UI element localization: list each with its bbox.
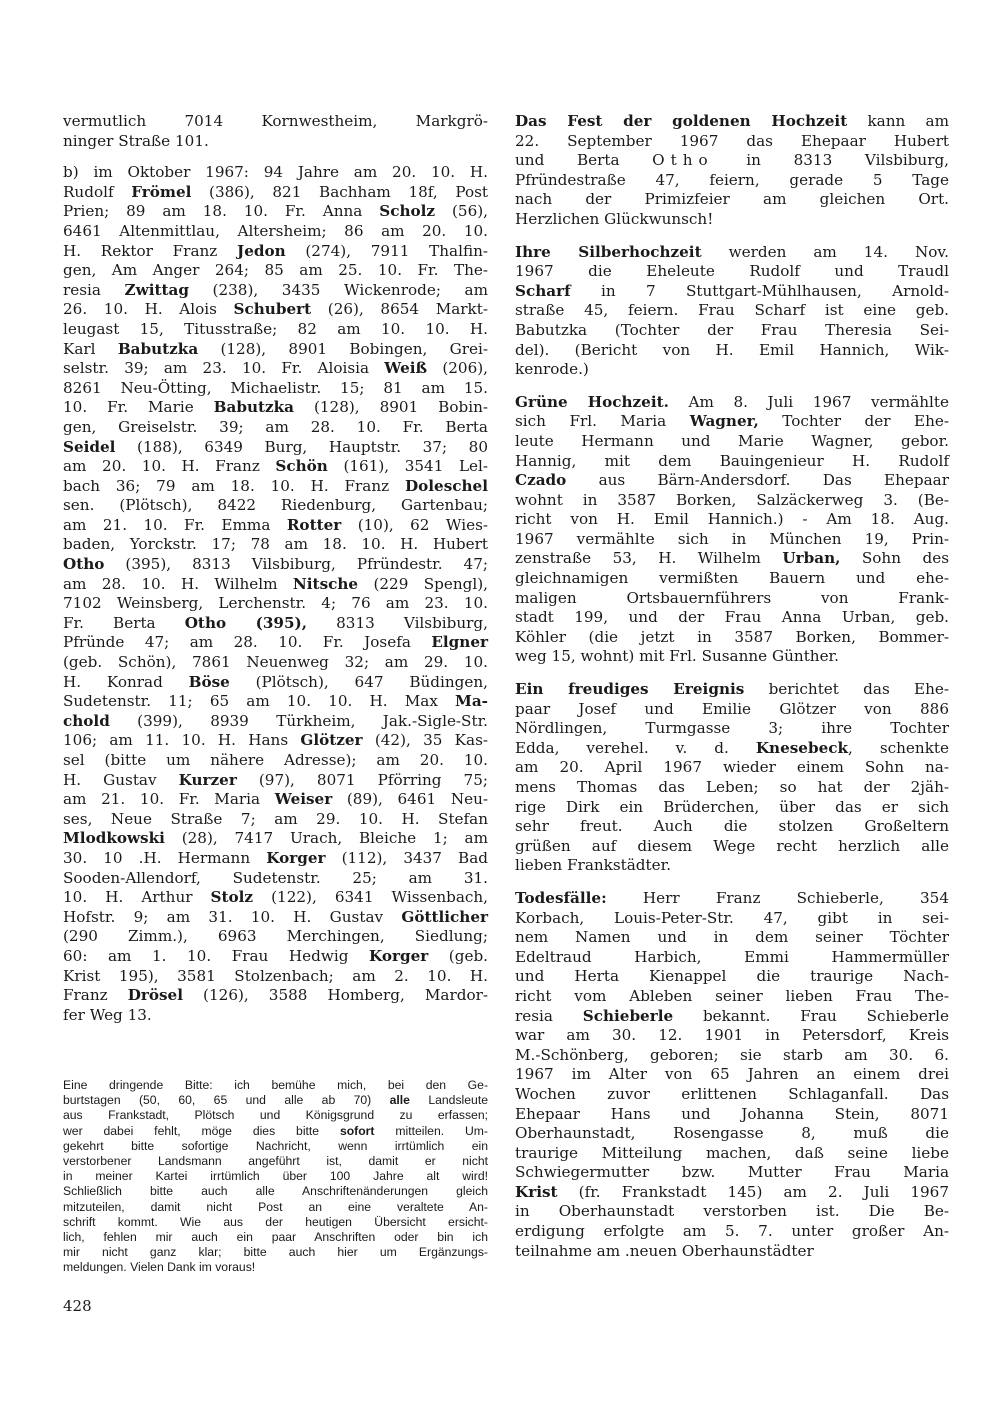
text-line: Nördlingen, Turmgasse 3; ihre Tochter <box>515 719 949 739</box>
text-line: 22. September 1967 das Ehepaar Hubert <box>515 132 949 152</box>
text-line: paar Josef und Emilie Glötzer von 886 <box>515 700 949 720</box>
text-line: Czado aus Bärn-Andersdorf. Das Ehepaar <box>515 471 949 491</box>
text-line: Herzlichen Glückwunsch! <box>515 210 949 230</box>
section-silberhochzeit: Ihre Silberhochzeit werden am 14. Nov.19… <box>515 243 949 380</box>
text-line: maligen Ortsbauernführers von Frank- <box>515 589 949 609</box>
text-line: H. Konrad Böse (Plötsch), 647 Büdingen, <box>63 673 488 693</box>
text-line: Sooden-Allendorf, Sudetenstr. 25; am 31. <box>63 869 488 889</box>
text-line: am 21. 10. Fr. Maria Weiser (89), 6461 N… <box>63 790 488 810</box>
text-line: Korbach, Louis-Peter-Str. 47, gibt in se… <box>515 909 949 929</box>
text-line: Otho (395), 8313 Vilsbiburg, Pfründestr.… <box>63 555 488 575</box>
bold-name: Doleschel <box>405 477 488 495</box>
text-line: Todesfälle: Herr Franz Schieberle, 354 <box>515 889 949 909</box>
bold-name: Schön <box>275 457 327 475</box>
text-line: 6461 Altenmittlau, Altersheim; 86 am 20.… <box>63 222 488 242</box>
text-line: mir nicht ganz klar; bitte auch hier um … <box>63 1245 488 1260</box>
text-line: Babutzka (Tochter der Frau Theresia Sei- <box>515 321 949 341</box>
text-line: 1967 vermählte sich in München 19, Prin- <box>515 530 949 550</box>
text-line: Wochen zuvor erlittenen Schlaganfall. Da… <box>515 1085 949 1105</box>
text-line: leugast 15, Titusstraße; 82 am 10. 10. H… <box>63 320 488 340</box>
bold-name: Kurzer <box>179 771 237 789</box>
text-line: sel (bitte um nähere Adresse); am 20. 10… <box>63 751 488 771</box>
bold-name: Scharf <box>515 282 571 300</box>
bold-name: Todesfälle: <box>515 889 607 907</box>
text-line: verstorbener Landsmann angeführt ist, da… <box>63 1154 488 1169</box>
bold-name: Ein freudiges Ereignis <box>515 680 744 698</box>
birthdays-paragraph: b) im Oktober 1967: 94 Jahre am 20. 10. … <box>63 163 488 1025</box>
text-line: Edda, verehel. v. d. Knesebeck, schenkte <box>515 739 949 759</box>
text-line: Hofstr. 9; am 31. 10. H. Gustav Göttlich… <box>63 908 488 928</box>
appeal-notice: Eine dringende Bitte: ich bemühe mich, b… <box>63 1078 488 1275</box>
text-line: H. Gustav Kurzer (97), 8071 Pförring 75; <box>63 771 488 791</box>
text-line: Edeltraud Harbich, Emmi Hammermüller <box>515 948 949 968</box>
text-line: del). (Bericht von H. Emil Hannich, Wik- <box>515 341 949 361</box>
bold-name: sofort <box>340 1124 375 1138</box>
text-line: gen, Greiselstr. 39; am 28. 10. Fr. Bert… <box>63 418 488 438</box>
text-line: Scharf in 7 Stuttgart-Mühlhausen, Arnold… <box>515 282 949 302</box>
text-line: selstr. 39; am 23. 10. Fr. Aloisia Weiß … <box>63 359 488 379</box>
text-line: 26. 10. H. Alois Schubert (26), 8654 Mar… <box>63 300 488 320</box>
text-line: stadt 199, und der Frau Anna Urban, geb. <box>515 608 949 628</box>
text-line: wer dabei fehlt, möge dies bitte sofort … <box>63 1124 488 1139</box>
left-column: vermutlich 7014 Kornwestheim, Markgrö- n… <box>63 112 488 1025</box>
text-line: kenrode.) <box>515 360 949 380</box>
text-line: Oberhaunstadt, Rosengasse 8, muß die <box>515 1124 949 1144</box>
text-line: leute Hermann und Marie Wagner, gebor. <box>515 432 949 452</box>
text-line: mitzuteilen, damit nicht Post an eine ve… <box>63 1200 488 1215</box>
text-line: vermutlich 7014 Kornwestheim, Markgrö- <box>63 112 488 132</box>
bold-name: Korger <box>266 849 325 867</box>
bold-name: Böse <box>189 673 230 691</box>
bold-name: Babutzka <box>214 398 294 416</box>
text-line: nem Namen und in dem seiner Töchter <box>515 928 949 948</box>
text-line: Mlodkowski (28), 7417 Urach, Bleiche 1; … <box>63 829 488 849</box>
text-line: Schließlich bitte auch alle Anschriftenä… <box>63 1184 488 1199</box>
text-line: nach der Primizfeier am gleichen Ort. <box>515 190 949 210</box>
text-line: Das Fest der goldenen Hochzeit kann am <box>515 112 949 132</box>
text-line: Karl Babutzka (128), 8901 Bobingen, Grei… <box>63 340 488 360</box>
bold-name: Krist <box>515 1183 558 1201</box>
text-line: erdigung erfolgte am 5. 7. unter großer … <box>515 1222 949 1242</box>
text-line: Sudetenstr. 11; 65 am 10. 10. H. Max Ma- <box>63 692 488 712</box>
bold-name: Otho <box>63 555 104 573</box>
text-line: lich, fehlen mir auch ein paar Anschrift… <box>63 1230 488 1245</box>
bold-name: Mlodkowski <box>63 829 165 847</box>
text-line: M.-Schönberg, geboren; sie starb am 30. … <box>515 1046 949 1066</box>
text-line: am 20. April 1967 wieder einem Sohn na- <box>515 758 949 778</box>
section-gruene-hochzeit: Grüne Hochzeit. Am 8. Juli 1967 vermählt… <box>515 393 949 667</box>
bold-name: Scholz <box>379 202 435 220</box>
text-line: lieben Frankstädter. <box>515 856 949 876</box>
text-line: bach 36; 79 am 18. 10. H. Franz Dolesche… <box>63 477 488 497</box>
text-line: H. Rektor Franz Jedon (274), 7911 Thalfi… <box>63 242 488 262</box>
text-line: chold (399), 8939 Türkheim, Jak.-Sigle-S… <box>63 712 488 732</box>
bold-name: Urban, <box>782 549 840 567</box>
text-line: 30. 10 .H. Hermann Korger (112), 3437 Ba… <box>63 849 488 869</box>
bold-name: Nitsche <box>293 575 358 593</box>
bold-name: Göttlicher <box>401 908 488 926</box>
text-line: Fr. Berta Otho (395), 8313 Vilsbiburg, <box>63 614 488 634</box>
text-line: war am 30. 12. 1901 in Petersdorf, Kreis <box>515 1026 949 1046</box>
text-line: in meiner Kartei irrtümlich über 100 Jah… <box>63 1169 488 1184</box>
bold-name: Rotter <box>287 516 341 534</box>
text-line: Ein freudiges Ereignis berichtet das Ehe… <box>515 680 949 700</box>
text-line: burtstagen (50, 60, 65 und alle ab 70) a… <box>63 1093 488 1108</box>
text-line: weg 15, wohnt) mit Frl. Susanne Günther. <box>515 647 949 667</box>
text-line: gleichnamigen vermißten Bauern und ehe- <box>515 569 949 589</box>
text-line: 106; am 11. 10. H. Hans Glötzer (42), 35… <box>63 731 488 751</box>
text-line: Rudolf Frömel (386), 821 Bachham 18f, Po… <box>63 183 488 203</box>
text-line: sich Frl. Maria Wagner, Tochter der Ehe- <box>515 412 949 432</box>
text-line: richt von H. Emil Hannich.) - Am 18. Aug… <box>515 510 949 530</box>
section-todesfaelle: Todesfälle: Herr Franz Schieberle, 354Ko… <box>515 889 949 1261</box>
text-line: 10. Fr. Marie Babutzka (128), 8901 Bobin… <box>63 398 488 418</box>
bold-name: chold <box>63 712 110 730</box>
bold-name: Korger <box>369 947 428 965</box>
bold-name: Jedon <box>237 242 286 260</box>
text-line: 1967 im Alter von 65 Jahren an einem dre… <box>515 1065 949 1085</box>
text-line: ses, Neue Straße 7; am 29. 10. H. Stefan <box>63 810 488 830</box>
text-line: resia Zwittag (238), 3435 Wickenrode; am <box>63 281 488 301</box>
text-line: Franz Drösel (126), 3588 Homberg, Mardor… <box>63 986 488 1006</box>
text-line: Eine dringende Bitte: ich bemühe mich, b… <box>63 1078 488 1093</box>
text-line: sen. (Plötsch), 8422 Riedenburg, Gartenb… <box>63 496 488 516</box>
text-line: Hannig, mit dem Bauingenieur H. Rudolf <box>515 452 949 472</box>
text-line: rige Dirk ein Brüderchen, über das er si… <box>515 798 949 818</box>
bold-name: Schieberle <box>583 1007 673 1025</box>
text-line: gen, Am Anger 264; 85 am 25. 10. Fr. The… <box>63 261 488 281</box>
bold-name: Babutzka <box>118 340 198 358</box>
bold-name: alle <box>390 1093 410 1107</box>
text-line: Krist (fr. Frankstadt 145) am 2. Juli 19… <box>515 1183 949 1203</box>
text-line: aus Frankstadt, Plötsch und Königsgrund … <box>63 1108 488 1123</box>
text-line: teilnahme am .neuen Oberhaunstädter <box>515 1242 949 1262</box>
bold-name: Czado <box>515 471 566 489</box>
text-line: mens Thomas das Leben; so hat der 2jäh- <box>515 778 949 798</box>
bold-name: Das Fest der goldenen Hochzeit <box>515 112 847 130</box>
text-line: resia Schieberle bekannt. Frau Schieberl… <box>515 1007 949 1027</box>
text-line: 1967 die Eheleute Rudolf und Traudl <box>515 262 949 282</box>
text-line: zenstraße 53, H. Wilhelm Urban, Sohn des <box>515 549 949 569</box>
text-line: meldungen. Vielen Dank im voraus! <box>63 1260 488 1275</box>
text-line: richt vom Ableben seiner lieben Frau The… <box>515 987 949 1007</box>
bold-name: Zwittag <box>125 281 189 299</box>
section-freudiges-ereignis: Ein freudiges Ereignis berichtet das Ehe… <box>515 680 949 876</box>
bold-name: Knesebeck <box>756 739 848 757</box>
bold-name: Weiß <box>384 359 427 377</box>
text-line: 7102 Weinsberg, Lerchenstr. 4; 76 am 23.… <box>63 594 488 614</box>
text-line: Schwiegermutter bzw. Mutter Frau Maria <box>515 1163 949 1183</box>
text-line: (290 Zimm.), 6963 Merchingen, Siedlung; <box>63 927 488 947</box>
spaced-name: Otho <box>652 151 713 169</box>
bold-name: Schubert <box>234 300 312 318</box>
text-line: in Oberhaunstadt verstorben ist. Die Be- <box>515 1202 949 1222</box>
text-line: Prien; 89 am 18. 10. Fr. Anna Scholz (56… <box>63 202 488 222</box>
bold-name: Wagner, <box>690 412 759 430</box>
text-line: Köhler (die jetzt in 3587 Borken, Bommer… <box>515 628 949 648</box>
text-line: 60: am 1. 10. Frau Hedwig Korger (geb. <box>63 947 488 967</box>
text-line: baden, Yorckstr. 17; 78 am 18. 10. H. Hu… <box>63 535 488 555</box>
text-line: straße 45, feiern. Frau Scharf ist eine … <box>515 301 949 321</box>
bold-name: Stolz <box>211 888 254 906</box>
bold-name: Otho (395), <box>185 614 307 632</box>
text-line: am 20. 10. H. Franz Schön (161), 3541 Le… <box>63 457 488 477</box>
bold-name: Seidel <box>63 438 115 456</box>
text-line: und Berta Otho in 8313 Vilsbiburg, <box>515 151 949 171</box>
text-line: fer Weg 13. <box>63 1006 488 1026</box>
text-line: sehr freut. Auch die stolzen Großeltern <box>515 817 949 837</box>
page-number: 428 <box>63 1297 92 1315</box>
bold-name: Ma- <box>455 692 488 710</box>
text-line: b) im Oktober 1967: 94 Jahre am 20. 10. … <box>63 163 488 183</box>
bold-name: Frömel <box>131 183 191 201</box>
text-line: 10. H. Arthur Stolz (122), 6341 Wissenba… <box>63 888 488 908</box>
text-line: grüßen auf diesem Wege recht herzlich al… <box>515 837 949 857</box>
bold-name: Drösel <box>128 986 183 1004</box>
text-line: am 28. 10. H. Wilhelm Nitsche (229 Speng… <box>63 575 488 595</box>
text-line: wohnt in 3587 Borken, Salzäckerweg 3. (B… <box>515 491 949 511</box>
text-line: traurige Mitteilung machen, daß seine li… <box>515 1144 949 1164</box>
bold-name: Elgner <box>431 633 488 651</box>
right-column: Das Fest der goldenen Hochzeit kann am22… <box>515 112 949 1261</box>
text-line: Seidel (188), 6349 Burg, Hauptstr. 37; 8… <box>63 438 488 458</box>
text-line: Pfründe 47; am 28. 10. Fr. Josefa Elgner <box>63 633 488 653</box>
intro-paragraph: vermutlich 7014 Kornwestheim, Markgrö- n… <box>63 112 488 151</box>
text-line: 8261 Neu-Ötting, Michaelistr. 15; 81 am … <box>63 379 488 399</box>
text-line: und Herta Kienappel die traurige Nach- <box>515 967 949 987</box>
bold-name: Ihre Silberhochzeit <box>515 243 702 261</box>
text-line: schrift kommt. Wie aus der heutigen Über… <box>63 1215 488 1230</box>
bold-name: Glötzer <box>300 731 362 749</box>
text-line: Pfründestraße 47, feiern, gerade 5 Tage <box>515 171 949 191</box>
text-line: Krist 195), 3581 Stolzenbach; am 2. 10. … <box>63 967 488 987</box>
bold-name: Weiser <box>275 790 332 808</box>
bold-name: Grüne Hochzeit. <box>515 393 669 411</box>
text-line: gekehrt bitte sofortige Nachricht, wenn … <box>63 1139 488 1154</box>
text-line: Ihre Silberhochzeit werden am 14. Nov. <box>515 243 949 263</box>
text-line: Ehepaar Hans und Johanna Stein, 8071 <box>515 1105 949 1125</box>
text-line: am 21. 10. Fr. Emma Rotter (10), 62 Wies… <box>63 516 488 536</box>
text-line: Grüne Hochzeit. Am 8. Juli 1967 vermählt… <box>515 393 949 413</box>
text-line: ninger Straße 101. <box>63 132 488 152</box>
text-line: (geb. Schön), 7861 Neuenweg 32; am 29. 1… <box>63 653 488 673</box>
section-goldene-hochzeit: Das Fest der goldenen Hochzeit kann am22… <box>515 112 949 230</box>
